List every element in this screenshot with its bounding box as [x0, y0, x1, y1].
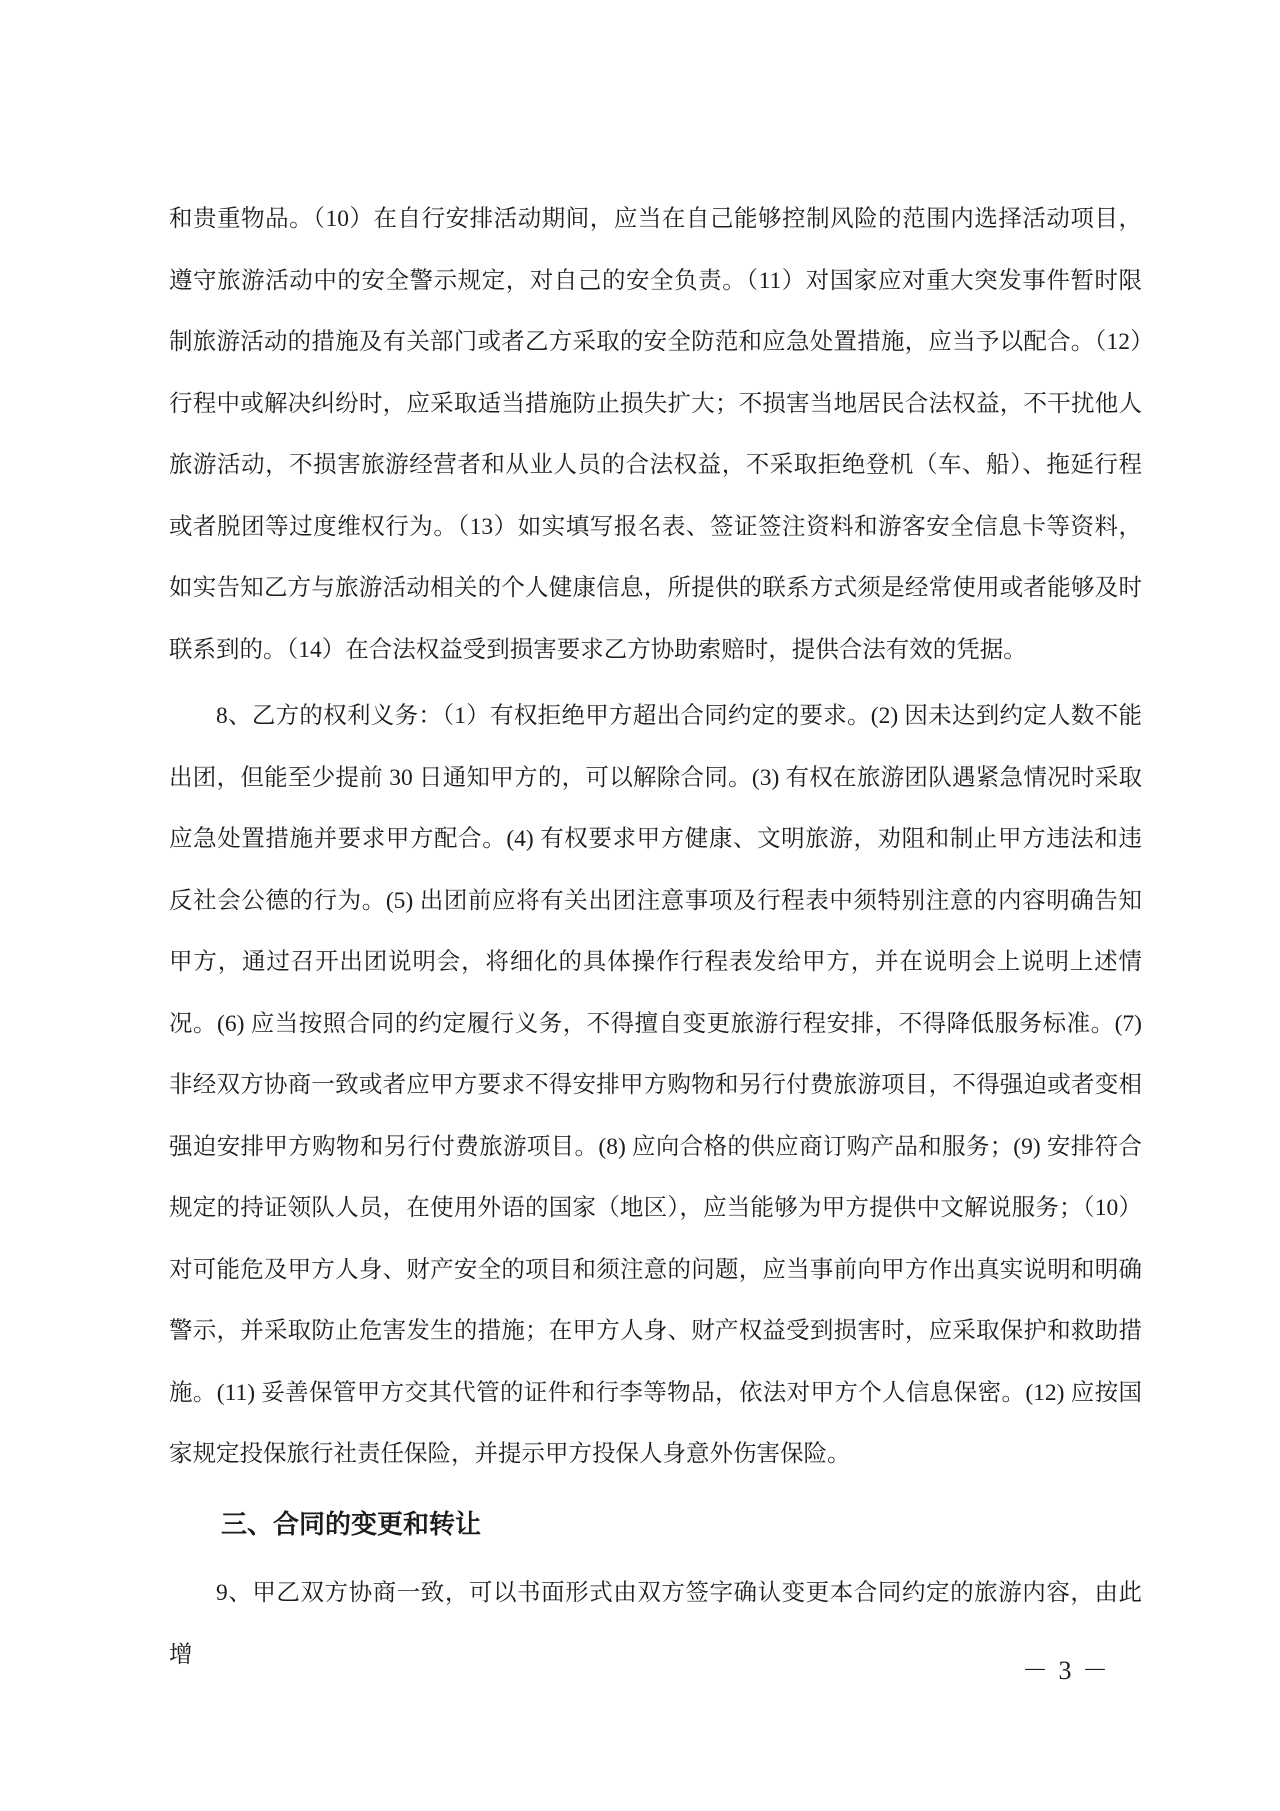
paragraph-traveler-obligations-continued: 和贵重物品。（10）在自行安排活动期间，应当在自己能够控制风险的范围内选择活动项… [169, 189, 1142, 681]
paragraph-9-contract-modification: 9、甲乙双方协商一致，可以书面形式由双方签字确认变更本合同约定的旅游内容，由此增 [169, 1563, 1142, 1686]
section-heading-contract-change-transfer: 三、合同的变更和转让 [169, 1494, 1142, 1556]
page-number: － 3 － [1022, 1656, 1110, 1686]
paragraph-8-party-b-rights-obligations: 8、乙方的权利义务：（1）有权拒绝甲方超出合同约定的要求。(2) 因未达到约定人… [169, 686, 1142, 1486]
contract-text-body: 和贵重物品。（10）在自行安排活动期间，应当在自己能够控制风险的范围内选择活动项… [169, 189, 1142, 1686]
document-page: 和贵重物品。（10）在自行安排活动期间，应当在自己能够控制风险的范围内选择活动项… [0, 0, 1280, 1811]
